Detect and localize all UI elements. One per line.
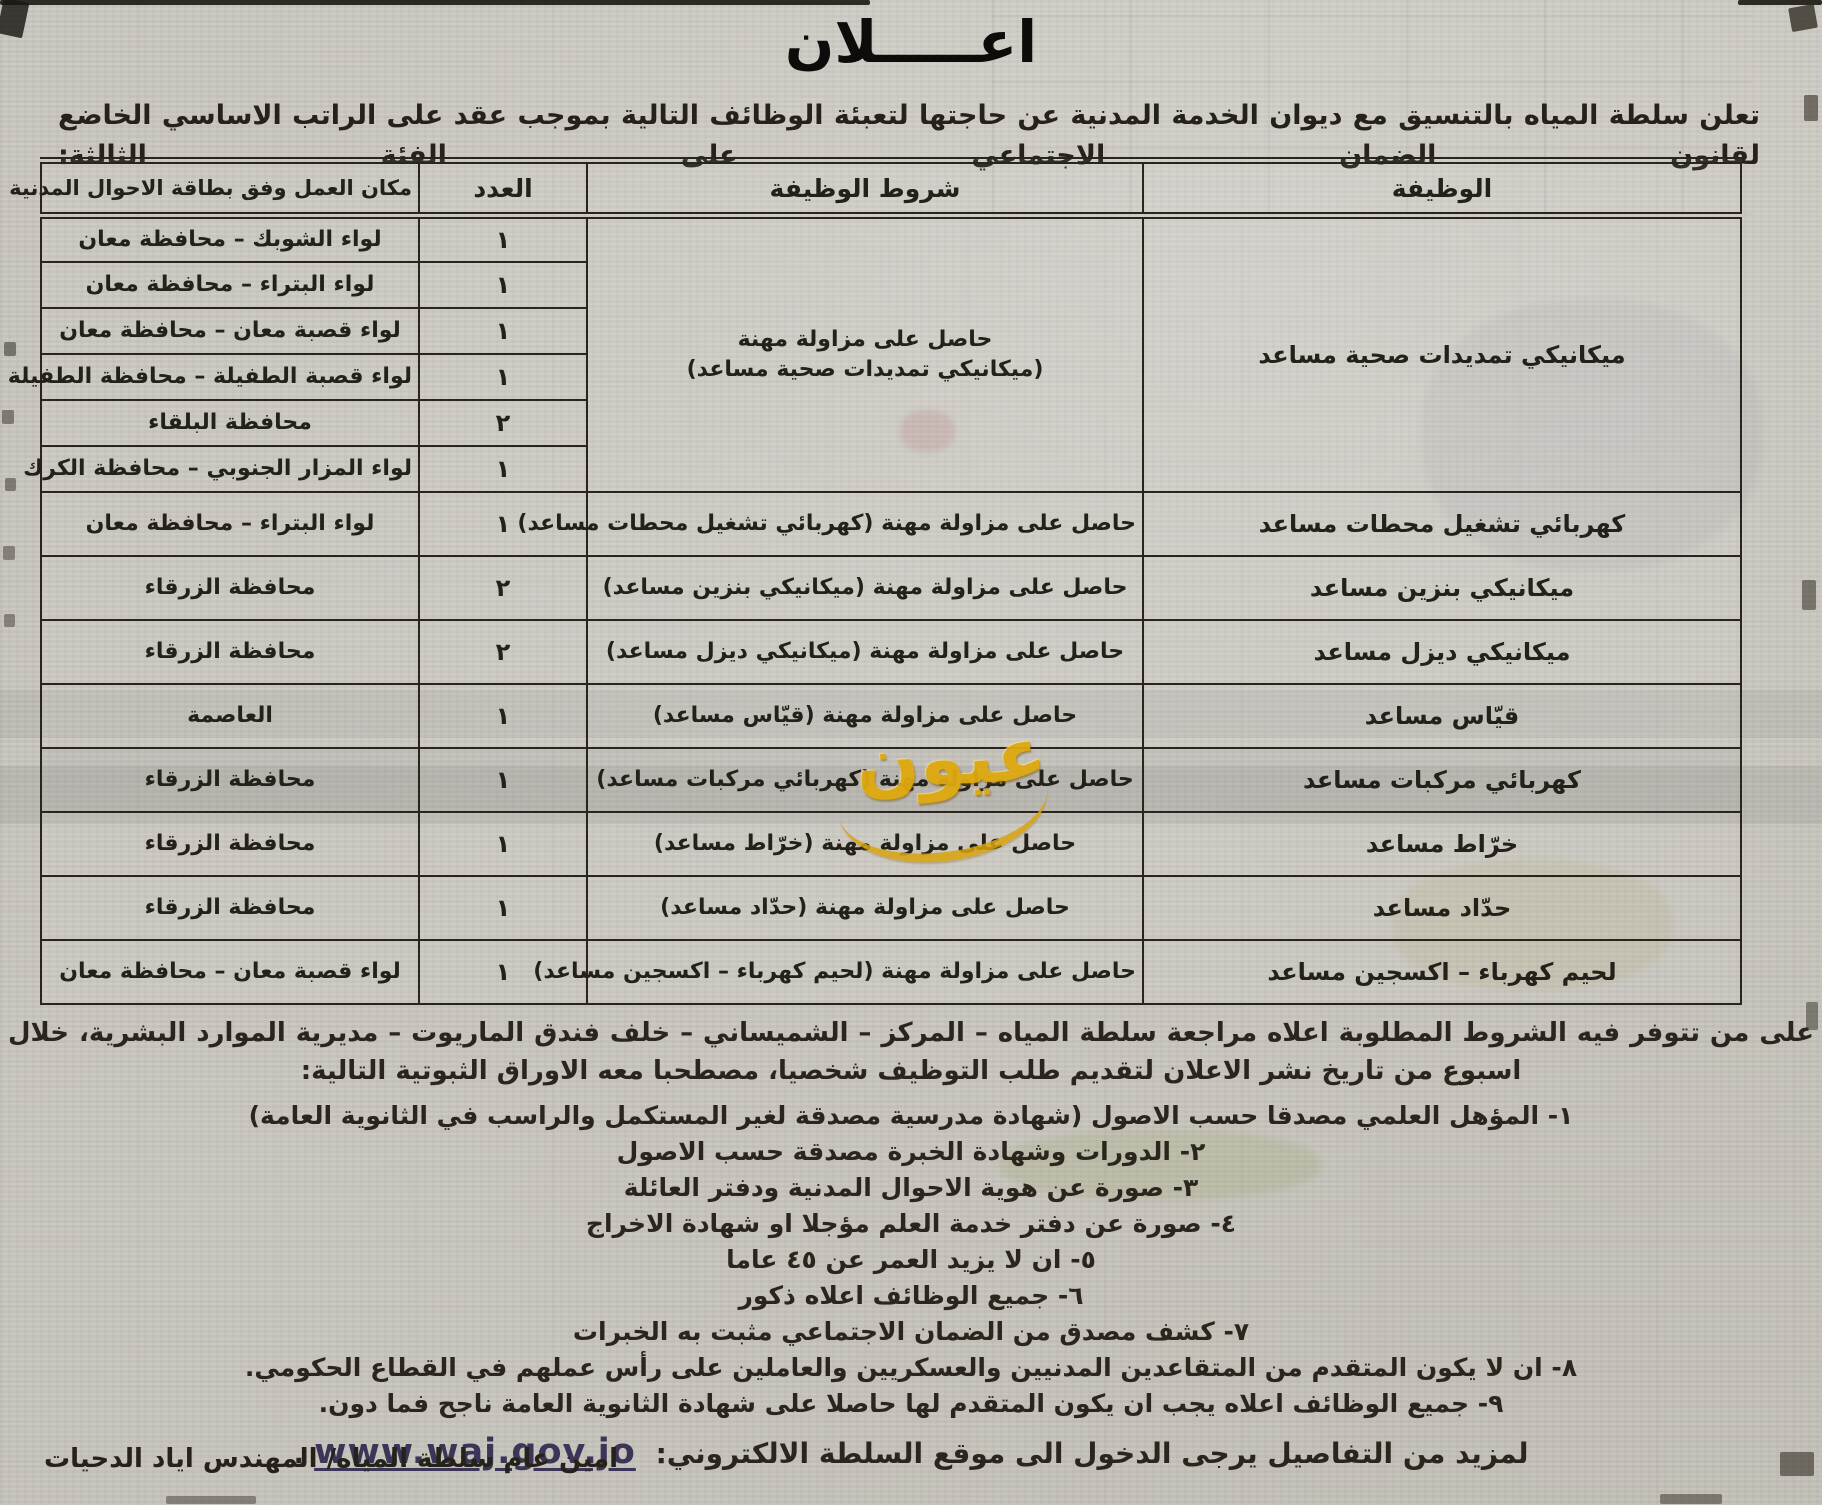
location-cell: لواء المزار الجنوبي – محافظة الكرك: [41, 446, 419, 492]
requirement-item: ٣- صورة عن هوية الاحوال المدنية ودفتر ال…: [0, 1170, 1822, 1206]
job-cell: خرّاط مساعد: [1143, 812, 1741, 876]
location-cell: لواء البتراء – محافظة معان: [41, 492, 419, 556]
table-row: قيّاس مساعد حاصل على مزاولة مهنة (قيّاس …: [41, 684, 1741, 748]
requirement-item: ٨- ان لا يكون المتقدم من المتقاعدين المد…: [0, 1350, 1822, 1386]
announcement-title: اعـــــلان: [0, 0, 1822, 76]
scan-artifact: [4, 342, 16, 356]
location-cell: محافظة الزرقاء: [41, 620, 419, 684]
location-cell: لواء قصبة الطفيلة – محافظة الطفيلة: [41, 354, 419, 400]
scan-artifact: [2, 410, 14, 424]
jobs-table: الوظيفة شروط الوظيفة العدد مكان العمل وف…: [40, 157, 1742, 1005]
condition-cell: حاصل على مزاولة مهنة (لحيم كهرباء – اكسج…: [587, 940, 1143, 1004]
location-cell: محافظة الزرقاء: [41, 556, 419, 620]
count-cell: ١: [419, 308, 587, 354]
location-cell: لواء الشوبك – محافظة معان: [41, 216, 419, 262]
scan-artifact: [4, 614, 15, 627]
col-header-job: الوظيفة: [1143, 161, 1741, 216]
job-cell: حدّاد مساعد: [1143, 876, 1741, 940]
count-cell: ١: [419, 876, 587, 940]
website-label: لمزيد من التفاصيل يرجى الدخول الى موقع ا…: [656, 1437, 1529, 1470]
condition-cell: حاصل على مزاولة مهنة (قيّاس مساعد): [587, 684, 1143, 748]
location-cell: محافظة البلقاء: [41, 400, 419, 446]
count-cell: ١: [419, 446, 587, 492]
col-header-count: العدد: [419, 161, 587, 216]
location-cell: لواء البتراء – محافظة معان: [41, 262, 419, 308]
job-cell: قيّاس مساعد: [1143, 684, 1741, 748]
table-row: ميكانيكي بنزين مساعد حاصل على مزاولة مهن…: [41, 556, 1741, 620]
job-cell: لحيم كهرباء – اكسجين مساعد: [1143, 940, 1741, 1004]
count-cell: ١: [419, 748, 587, 812]
count-cell: ١: [419, 684, 587, 748]
location-cell: العاصمة: [41, 684, 419, 748]
requirement-item: ٢- الدورات وشهادة الخبرة مصدقة حسب الاصو…: [0, 1134, 1822, 1170]
table-row: ميكانيكي تمديدات صحية مساعد حاصل على مزا…: [41, 216, 1741, 262]
condition-cell: حاصل على مزاولة مهنة (ميكانيكي بنزين مسا…: [587, 556, 1143, 620]
newspaper-announcement-page: اعـــــلان تعلن سلطة المياه بالتنسيق مع …: [0, 0, 1822, 1505]
location-cell: لواء قصبة معان – محافظة معان: [41, 308, 419, 354]
count-cell: ١: [419, 812, 587, 876]
scan-artifact: [166, 1496, 256, 1504]
table-row: كهربائي تشغيل محطات مساعد حاصل على مزاول…: [41, 492, 1741, 556]
requirement-item: ٦- جميع الوظائف اعلاه ذكور: [0, 1278, 1822, 1314]
condition-cell: حاصل على مزاولة مهنة (كهربائي مركبات مسا…: [587, 748, 1143, 812]
table-row: خرّاط مساعد حاصل على مزاولة مهنة (خرّاط …: [41, 812, 1741, 876]
footer-section: على من تتوفر فيه الشروط المطلوبة اعلاه م…: [0, 1014, 1822, 1472]
condition-cell: حاصل على مزاولة مهنة (ميكانيكي تمديدات ص…: [587, 216, 1143, 492]
count-cell: ٢: [419, 400, 587, 446]
scan-artifact: [1804, 95, 1818, 121]
location-cell: محافظة الزرقاء: [41, 876, 419, 940]
table-row: ميكانيكي ديزل مساعد حاصل على مزاولة مهنة…: [41, 620, 1741, 684]
requirement-item: ١- المؤهل العلمي مصدقا حسب الاصول (شهادة…: [0, 1098, 1822, 1134]
requirement-item: ٤- صورة عن دفتر خدمة العلم مؤجلا او شهاد…: [0, 1206, 1822, 1242]
condition-cell: حاصل على مزاولة مهنة (حدّاد مساعد): [587, 876, 1143, 940]
scan-artifact: [1802, 580, 1816, 610]
requirement-item: ٧- كشف مصدق من الضمان الاجتماعي مثبت به …: [0, 1314, 1822, 1350]
signature-line: امين عام سلطة المياه/ المهندس اياد الدحي…: [44, 1444, 618, 1474]
condition-line: حاصل على مزاولة مهنة: [594, 325, 1136, 355]
table-header-row: الوظيفة شروط الوظيفة العدد مكان العمل وف…: [41, 161, 1741, 216]
condition-line: (ميكانيكي تمديدات صحية مساعد): [594, 355, 1136, 385]
condition-cell: حاصل على مزاولة مهنة (كهربائي تشغيل محطا…: [587, 492, 1143, 556]
requirement-item: ٩- جميع الوظائف اعلاه يجب ان يكون المتقد…: [0, 1386, 1822, 1422]
job-cell: كهربائي تشغيل محطات مساعد: [1143, 492, 1741, 556]
job-cell: كهربائي مركبات مساعد: [1143, 748, 1741, 812]
condition-cell: حاصل على مزاولة مهنة (ميكانيكي ديزل مساع…: [587, 620, 1143, 684]
application-paragraph: على من تتوفر فيه الشروط المطلوبة اعلاه م…: [8, 1014, 1814, 1090]
scan-artifact: [5, 478, 16, 491]
job-cell: ميكانيكي ديزل مساعد: [1143, 620, 1741, 684]
job-cell: ميكانيكي بنزين مساعد: [1143, 556, 1741, 620]
count-cell: ١: [419, 216, 587, 262]
scan-artifact: [3, 546, 15, 560]
location-cell: محافظة الزرقاء: [41, 748, 419, 812]
col-header-location: مكان العمل وفق بطاقة الاحوال المدنية: [41, 161, 419, 216]
location-cell: محافظة الزرقاء: [41, 812, 419, 876]
job-cell: ميكانيكي تمديدات صحية مساعد: [1143, 216, 1741, 492]
condition-cell: حاصل على مزاولة مهنة (خرّاط مساعد): [587, 812, 1143, 876]
location-cell: لواء قصبة معان – محافظة معان: [41, 940, 419, 1004]
requirement-item: ٥- ان لا يزيد العمر عن ٤٥ عاما: [0, 1242, 1822, 1278]
count-cell: ٢: [419, 620, 587, 684]
scan-artifact: [1660, 1494, 1722, 1504]
table-row: لحيم كهرباء – اكسجين مساعد حاصل على مزاو…: [41, 940, 1741, 1004]
count-cell: ١: [419, 262, 587, 308]
requirements-list: ١- المؤهل العلمي مصدقا حسب الاصول (شهادة…: [0, 1098, 1822, 1422]
count-cell: ١: [419, 354, 587, 400]
table-row: حدّاد مساعد حاصل على مزاولة مهنة (حدّاد …: [41, 876, 1741, 940]
table-row: كهربائي مركبات مساعد حاصل على مزاولة مهن…: [41, 748, 1741, 812]
count-cell: ٢: [419, 556, 587, 620]
col-header-conditions: شروط الوظيفة: [587, 161, 1143, 216]
